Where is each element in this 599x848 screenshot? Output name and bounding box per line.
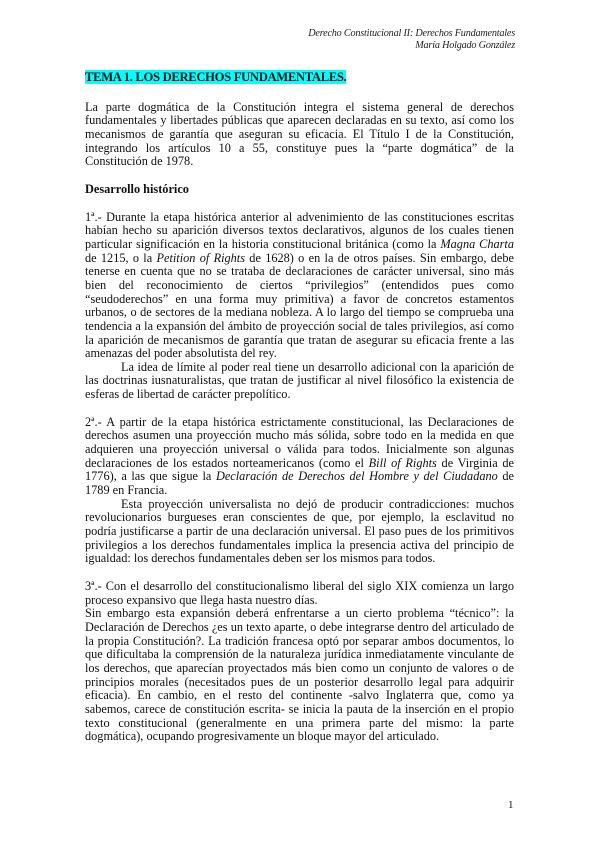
paragraph-2: 2ª.- A partir de la etapa histórica estr… xyxy=(85,416,514,498)
paragraph-1: 1ª.- Durante la etapa histórica anterior… xyxy=(85,211,514,361)
paragraph-3b: Sin embargo esta expansión deberá enfren… xyxy=(85,607,514,744)
running-header: Derecho Constitucional II: Derechos Fund… xyxy=(308,28,515,52)
intro-paragraph: La parte dogmática de la Constitución in… xyxy=(85,101,514,169)
paragraph-1b: La idea de límite al poder real tiene un… xyxy=(85,361,514,402)
document-body: TEMA 1. LOS DERECHOS FUNDAMENTALES. La p… xyxy=(85,70,514,744)
header-course-title: Derecho Constitucional II: Derechos Fund… xyxy=(308,28,515,40)
paragraph-2b: Esta proyección universalista no dejó de… xyxy=(85,498,514,566)
section-heading: Desarrollo histórico xyxy=(85,183,514,197)
document-page: Derecho Constitucional II: Derechos Fund… xyxy=(0,0,599,848)
paragraph-3: 3ª.- Con el desarrollo del constituciona… xyxy=(85,580,514,607)
header-author: María Holgado González xyxy=(308,40,515,52)
page-number: 1 xyxy=(508,799,514,811)
chapter-title: TEMA 1. LOS DERECHOS FUNDAMENTALES. xyxy=(85,70,346,84)
